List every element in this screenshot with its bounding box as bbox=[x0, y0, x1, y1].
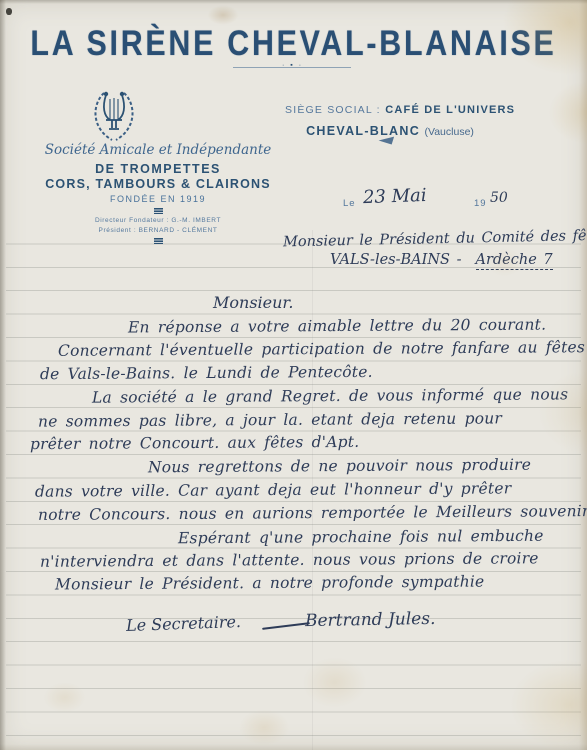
signature-role: Le Secretaire. bbox=[126, 612, 242, 635]
society-block: Société Amicale et Indépendante DE TROMP… bbox=[12, 142, 304, 244]
body-line: Espérant q'une prochaine fois nul embuch… bbox=[178, 527, 544, 548]
signature-flourish bbox=[262, 622, 310, 630]
ink-speck bbox=[6, 8, 12, 15]
recipient-line: Monsieur le Président du Comité des fête… bbox=[283, 228, 587, 251]
siege-social-block: SIÈGE SOCIAL : CAFÉ DE L'UNIVERS CHEVAL-… bbox=[285, 100, 495, 140]
recipient-place: VALS-les-BAINS - bbox=[330, 252, 462, 268]
society-line-cors: CORS, TAMBOURS & CLAIRONS bbox=[12, 177, 304, 191]
salutation: Monsieur. bbox=[213, 293, 293, 312]
president-line: Président : BERNARD - CLÉMENT bbox=[12, 227, 304, 234]
society-line-trompettes: DE TROMPETTES bbox=[12, 162, 304, 176]
body-line: prêter notre Concourt. aux fêtes d'Apt. bbox=[30, 433, 359, 453]
director-line: Directeur Fondateur : G.-M. IMBERT bbox=[12, 217, 304, 224]
founded-line: FONDÉE EN 1919 bbox=[12, 194, 304, 204]
body-line: Nous regrettons de ne pouvoir nous produ… bbox=[148, 456, 531, 477]
cafe-name: CAFÉ DE L'UNIVERS bbox=[385, 104, 515, 116]
title-underline-ornament: · ▪ · bbox=[282, 62, 303, 69]
signature-name: Bertrand Jules. bbox=[305, 609, 436, 631]
body-line: de Vals-le-Bains. le Lundi de Pentecôte. bbox=[40, 363, 373, 383]
body-line: En réponse a votre aimable lettre du 20 … bbox=[128, 316, 546, 337]
ornament-icon bbox=[154, 238, 163, 244]
siege-social-label: SIÈGE SOCIAL : bbox=[285, 104, 381, 116]
body-line: n'interviendra et dans l'attente. nous v… bbox=[40, 549, 539, 570]
date-handwritten-year: 50 bbox=[490, 190, 508, 206]
body-line: ne sommes pas libre, a jour la. etant de… bbox=[38, 409, 502, 430]
city-name: CHEVAL-BLANC bbox=[306, 124, 420, 138]
lyre-wreath-emblem-icon bbox=[89, 86, 139, 149]
siege-social-line: SIÈGE SOCIAL : CAFÉ DE L'UNIVERS bbox=[285, 100, 495, 118]
recipient-department: Ardèche 7 bbox=[476, 252, 553, 270]
date-handwritten-day-month: 23 Mai bbox=[363, 185, 427, 208]
recipient-place-line: VALS-les-BAINS -Ardèche 7 bbox=[330, 252, 553, 268]
city-department: (Vaucluse) bbox=[425, 126, 474, 138]
society-script-name: Société Amicale et Indépendante bbox=[12, 142, 304, 158]
body-line: Concernant l'éventuelle participation de… bbox=[58, 338, 585, 360]
letterhead-title: LA SIRÈNE CHEVAL-BLANAISE bbox=[23, 22, 563, 63]
body-line: La société a le grand Regret. de vous in… bbox=[92, 385, 568, 406]
body-line: Monsieur le Président. a notre profonde … bbox=[55, 573, 485, 594]
date-printed-century: 19 bbox=[474, 198, 487, 209]
ornament-icon bbox=[154, 208, 163, 214]
letter-page: LA SIRÈNE CHEVAL-BLANAISE · ▪ · Société … bbox=[0, 0, 587, 750]
body-line: notre Concours. nous en aurions remporté… bbox=[38, 502, 587, 524]
body-line: dans votre ville. Car ayant deja eut l'h… bbox=[35, 479, 511, 500]
date-printed-le: Le bbox=[343, 198, 356, 209]
